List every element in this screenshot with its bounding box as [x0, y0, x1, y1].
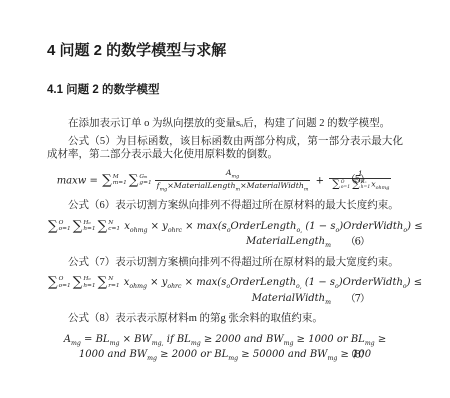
- sum-lower-limit: o=1: [59, 226, 71, 233]
- formula-line: 1000 and BWmg ≥ 2000 or BLmg ≥ 50000 and…: [47, 347, 403, 363]
- formula-text: (1 − s: [302, 277, 335, 288]
- summation-symbol: ∑Nr=1: [98, 276, 120, 290]
- subscript: mg: [191, 340, 201, 347]
- paragraph: 公式（8）表示表示原材料m 的第g 张余料的取值约束。: [47, 312, 403, 326]
- sigma-glyph: ∑: [98, 220, 108, 234]
- sigma-glyph: ∑: [48, 276, 58, 290]
- section-heading: 4 问题 2 的数学模型与求解: [47, 42, 403, 60]
- sum-upper-limit: Hₒ: [83, 276, 95, 283]
- sum-limits: Gₘg=1: [139, 174, 151, 187]
- summation-symbol: ∑Gₘg=1: [129, 174, 152, 188]
- fraction-numerator: Amg: [155, 168, 311, 180]
- sum-limits: Nr=1: [108, 276, 119, 289]
- formula-line: maxw = ∑Mm=1∑Gₘg=1Amgfmg×MaterialLengthm…: [47, 168, 403, 194]
- formula-text: × y: [147, 221, 167, 232]
- formula-line: ∑Oo=1∑Hₒh=1∑Nc=1 xohmg × yohrc × max(soO…: [47, 219, 403, 235]
- subscript: mg: [147, 355, 157, 362]
- sum-upper-limit: M: [113, 174, 127, 181]
- summation-symbol: ∑Mm=1: [102, 174, 127, 188]
- formula-8: Amg = BLmg × BWmg, if BLmg ≥ 2000 and BW…: [47, 332, 403, 363]
- paragraph: 公式（5）为目标函数，该目标函数由两部分构成，第一部分表示最大化成材率，第二部分…: [47, 135, 403, 162]
- sigma-glyph: ∑: [102, 174, 112, 188]
- formula-text: ≥ 50000 and BW: [238, 349, 327, 360]
- sum-upper-limit: O: [59, 220, 71, 227]
- subscript: mg,: [152, 340, 164, 347]
- formula-line: MaterialLengthm（6）: [47, 234, 403, 250]
- subscript: m: [325, 299, 331, 306]
- sum-lower-limit: h=1: [83, 283, 95, 290]
- subscript: ohrc: [168, 227, 182, 234]
- formula-text: ×MaterialLength: [167, 181, 235, 190]
- formula-7: ∑Oo=1∑Hₒh=1∑Nr=1 xohmg × yohrc × max(soO…: [47, 275, 403, 306]
- formula-text: )OrderWidth: [339, 277, 403, 288]
- formula-text: = BL: [81, 334, 110, 345]
- sigma-glyph: ∑: [73, 220, 83, 234]
- formula-text: ≥ 1000 or BL: [293, 334, 364, 345]
- formula-text: ) ≤: [407, 277, 422, 288]
- formula-text: × max(s: [182, 221, 227, 232]
- paragraph: 在添加表示订单 o 为纵向摆放的变量sₒ后，构建了问题 2 的数学模型。: [47, 117, 403, 131]
- sum-upper-limit: Hₒ: [83, 220, 95, 227]
- equation-number: （6）: [346, 234, 369, 250]
- sigma-glyph: ∑: [98, 276, 108, 290]
- formula-text: × y: [147, 277, 167, 288]
- subscript: mg: [71, 340, 81, 347]
- formula-text: if BL: [164, 334, 191, 345]
- sum-upper-limit: N: [108, 220, 120, 227]
- sum-upper-limit: O: [59, 276, 71, 283]
- formula-text: MaterialWidth: [252, 293, 325, 304]
- paragraph: 公式（7）表示切割方案横向排列不得超过所在原材料的最大宽度约束。: [47, 256, 403, 270]
- sum-lower-limit: g=1: [139, 180, 151, 187]
- formula-text: MaterialLength: [246, 236, 325, 247]
- subscript: mg: [228, 355, 238, 362]
- sum-lower-limit: r=1: [108, 283, 119, 290]
- document-content: 在添加表示订单 o 为纵向摆放的变量sₒ后，构建了问题 2 的数学模型。公式（5…: [47, 117, 403, 363]
- formula-5: maxw = ∑Mm=1∑Gₘg=1Amgfmg×MaterialLengthm…: [47, 168, 403, 194]
- sum-upper-limit: N: [108, 276, 119, 283]
- sum-limits: Hₒh=1: [83, 276, 95, 289]
- sum-lower-limit: h=1: [83, 226, 95, 233]
- subscript: mg: [232, 174, 240, 179]
- summation-symbol: ∑Hₒh=1: [73, 220, 96, 234]
- subscript: mg: [365, 340, 375, 347]
- formula-text: 1000 and BW: [79, 349, 147, 360]
- formula-text: × max(s: [181, 277, 226, 288]
- formula-text: ≥: [375, 334, 387, 345]
- subscript: ohrc: [167, 283, 181, 290]
- summation-symbol: ∑Oo=1: [48, 276, 71, 290]
- formula-text: maxw =: [57, 175, 101, 186]
- fraction-denominator: fmg×MaterialLengthm×MaterialWidthm: [155, 180, 311, 193]
- sum-upper-limit: Gₘ: [139, 174, 151, 181]
- formula-line: Amg = BLmg × BWmg, if BLmg ≥ 2000 and BW…: [47, 332, 403, 348]
- sum-limits: Mm=1: [113, 174, 127, 187]
- formula-line: ∑Oo=1∑Hₒh=1∑Nr=1 xohmg × yohrc × max(soO…: [47, 275, 403, 291]
- document-page: 4 问题 2 的数学模型与求解 4.1 问题 2 的数学模型 在添加表示订单 o…: [0, 0, 450, 398]
- formula-text: A: [64, 334, 71, 345]
- subscript: mg: [327, 355, 337, 362]
- sigma-glyph: ∑: [48, 220, 58, 234]
- sigma-glyph: ∑: [73, 276, 83, 290]
- subscript: m: [325, 242, 331, 249]
- formula-text: ) ≤: [407, 221, 422, 232]
- summation-symbol: ∑Hₒh=1: [73, 276, 96, 290]
- formula-text: (1 − s: [302, 221, 335, 232]
- formula-text: ≥ 2000 or BL: [157, 349, 228, 360]
- equation-number: （8）: [346, 347, 369, 363]
- summation-symbol: ∑Nc=1: [98, 220, 120, 234]
- sum-limits: Hₒh=1: [83, 220, 95, 233]
- paragraph: 公式（6）表示切割方案纵向排列不得超过所在原材料的最大长度约束。: [47, 199, 403, 213]
- formula-6: ∑Oo=1∑Hₒh=1∑Nc=1 xohmg × yohrc × max(soO…: [47, 219, 403, 250]
- subscript: ohmg: [129, 283, 147, 290]
- sigma-glyph: ∑: [332, 179, 340, 190]
- sum-limits: Oo=1: [59, 276, 71, 289]
- formula-text: OrderLength: [231, 221, 297, 232]
- summation-symbol: ∑Oo=1: [48, 220, 71, 234]
- subscript: ohmg: [130, 227, 148, 234]
- subsection-heading: 4.1 问题 2 的数学模型: [47, 84, 403, 97]
- sum-lower-limit: c=1: [108, 226, 120, 233]
- formula-text: ≥ 2000 and BW: [201, 334, 284, 345]
- formula-text: +: [312, 175, 327, 186]
- formula-text: OrderLength: [230, 277, 296, 288]
- formula-text: x: [121, 221, 130, 232]
- formula-text: × BW: [119, 334, 151, 345]
- sigma-glyph: ∑: [129, 174, 139, 188]
- formula-line: MaterialWidthm（7）: [47, 291, 403, 307]
- subscript: ohmg: [376, 186, 390, 191]
- sum-lower-limit: m=1: [113, 180, 127, 187]
- sum-limits: Oo=1: [59, 220, 71, 233]
- fraction: Amgfmg×MaterialLengthm×MaterialWidthm: [155, 168, 311, 194]
- subscript: mg: [284, 340, 294, 347]
- sum-lower-limit: o=1: [59, 283, 71, 290]
- subscript: m: [304, 187, 309, 192]
- sum-limits: Nc=1: [108, 220, 120, 233]
- formula-text: )OrderWidth: [339, 221, 403, 232]
- formula-text: ×MaterialWidth: [240, 181, 304, 190]
- subscript: mg: [110, 340, 120, 347]
- equation-number: （5）: [346, 173, 369, 189]
- equation-number: （7）: [346, 291, 369, 307]
